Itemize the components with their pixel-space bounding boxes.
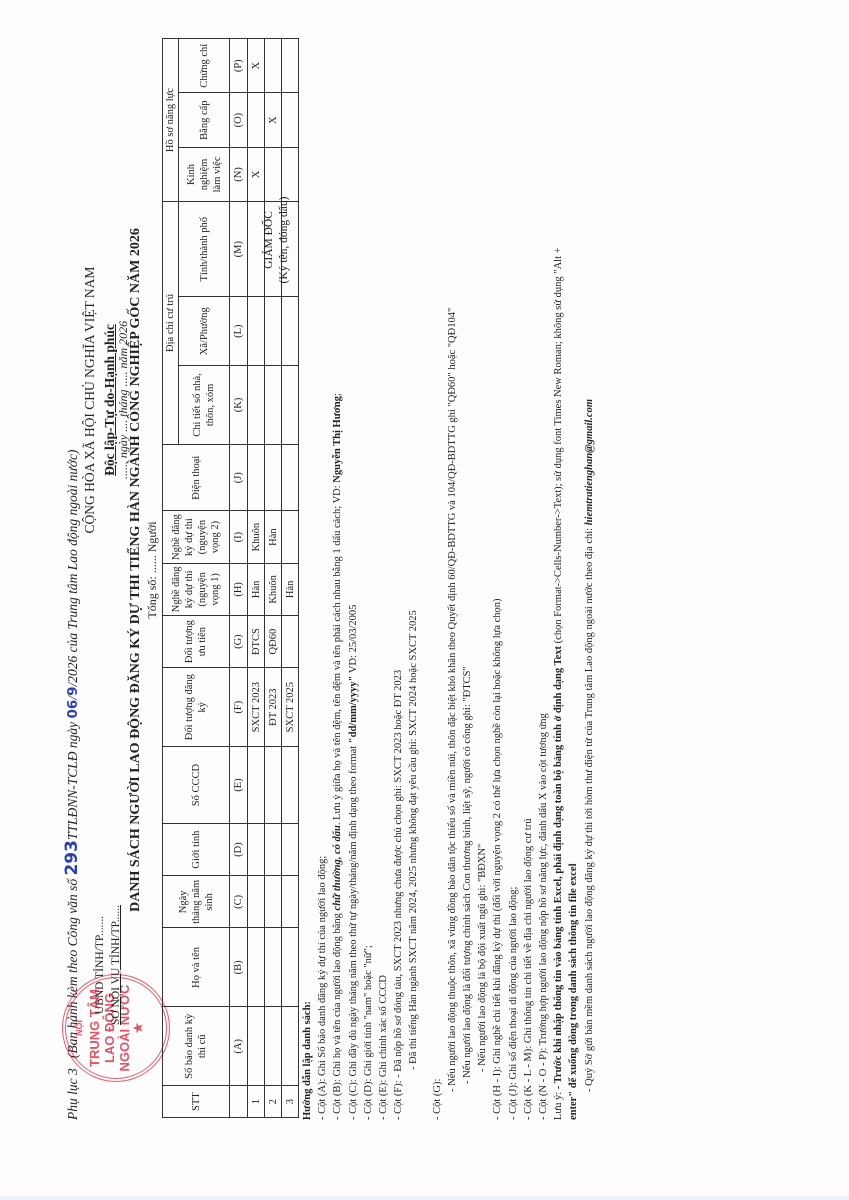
- col-header-j: Điện thoại: [163, 444, 230, 511]
- cell-stt[interactable]: 2: [265, 1086, 282, 1118]
- column-code: (O): [230, 93, 248, 147]
- col-header-o: Bằng cấp: [179, 93, 230, 147]
- column-code: (P): [230, 39, 248, 93]
- column-code: (C): [230, 876, 248, 928]
- cell-j[interactable]: [282, 444, 299, 511]
- instruction-col-f-1: - Cột (F): - Đã nộp hồ sơ đóng tàu, SXCT…: [391, 30, 406, 1120]
- cell-i[interactable]: Hàn: [265, 511, 282, 563]
- note-text: - Quý Sở gửi bản mềm danh sách người lao…: [584, 525, 595, 1092]
- col-header-n: Kinh nghiệm làm việc: [179, 147, 230, 201]
- instruction-col-nop: - Cột (N - O - P): Trường hợp người lao …: [536, 30, 551, 1120]
- instruction-col-e: - Cột (E): Ghi chính xác số CCCD: [376, 30, 391, 1120]
- cell-p[interactable]: [265, 39, 282, 93]
- cell-b[interactable]: [248, 928, 265, 1007]
- cell-a[interactable]: [282, 1007, 299, 1086]
- cell-e[interactable]: [248, 747, 265, 824]
- cell-a[interactable]: [265, 1007, 282, 1086]
- col-header-i: Nghề đăng ký dự thi (nguyện vọng 2): [163, 511, 230, 563]
- column-code: (I): [230, 511, 248, 563]
- total-count: Tổng số: ...... Người: [145, 120, 160, 1020]
- col-header-g: Đối tượng ưu tiên: [163, 615, 230, 667]
- header-row-1: STT Số báo danh kỳ thi cũ Họ và tên Ngày…: [163, 39, 179, 1118]
- instruction-col-d: - Cột (D): Ghi giới tính "nam" hoặc "nữ"…: [361, 30, 376, 1120]
- cell-stt[interactable]: 1: [248, 1086, 265, 1118]
- instruction-note-1: Lưu ý: - Trước khi nhập thông tin vào bả…: [551, 30, 566, 1120]
- column-code: (L): [230, 297, 248, 366]
- signature-note: (Ký tên, đóng dấu): [277, 140, 292, 340]
- column-code-row: (A)(B)(C)(D)(E)(F)(G)(H)(I)(J)(K)(L)(M)(…: [230, 39, 248, 1118]
- signature-role: GIÁM ĐỐC: [262, 140, 277, 340]
- column-code: (M): [230, 202, 248, 297]
- cell-p[interactable]: X: [248, 39, 265, 93]
- issuer-province: UBND TỈNH/TP.......: [92, 880, 108, 1050]
- col-header-e: Số CCCD: [163, 747, 230, 824]
- col-header-c: Ngày tháng năm sinh: [163, 876, 230, 928]
- col-header-a: Số báo danh kỳ thi cũ: [163, 1007, 230, 1086]
- column-code: (F): [230, 668, 248, 747]
- cell-f[interactable]: ĐT 2023: [265, 668, 282, 747]
- cell-c[interactable]: [282, 876, 299, 928]
- column-code: [230, 1086, 248, 1118]
- col-header-f: Đối tượng đăng ký: [163, 668, 230, 747]
- instruction-col-hi: - Cột (H - I): Ghi nghề chi tiết khi đăn…: [490, 30, 505, 1120]
- cell-j[interactable]: [265, 444, 282, 511]
- handwritten-month: 9: [65, 687, 81, 696]
- col-header-b: Họ và tên: [163, 928, 230, 1007]
- cell-k[interactable]: [282, 366, 299, 445]
- note-label: Lưu ý:: [553, 1092, 564, 1120]
- column-code: (J): [230, 444, 248, 511]
- document-title: DANH SÁCH NGƯỜI LAO ĐỘNG ĐĂNG KÝ DỰ THI …: [128, 120, 144, 1020]
- cell-h[interactable]: Hàn: [282, 563, 299, 615]
- appendix-text-mid: TTLĐNN-TCLĐ ngày: [65, 722, 80, 840]
- text: - Cột (C): Ghi đầy đủ ngày tháng năm the…: [348, 743, 359, 1120]
- instruction-col-g: - Cột (G):: [430, 30, 445, 1120]
- col-header-d: Giới tính: [163, 823, 230, 875]
- group-header-capability: Hồ sơ năng lực: [163, 39, 179, 202]
- cell-a[interactable]: [248, 1007, 265, 1086]
- instruction-col-j: - Cột (J): Ghi số điện thoại di động của…: [506, 30, 521, 1120]
- instruction-note-2: - Quý Sở gửi bản mềm danh sách người lao…: [582, 30, 597, 1120]
- cell-c[interactable]: [265, 876, 282, 928]
- cell-c[interactable]: [248, 876, 265, 928]
- text: ;: [332, 393, 343, 396]
- issuer-block: UBND TỈNH/TP....... SỞ NỘI VỤ TỈNH/TP...…: [92, 880, 124, 1050]
- date-format: "dd/mm/yyyy": [348, 676, 359, 744]
- issuer-department: SỞ NỘI VỤ TỈNH/TP......: [108, 880, 124, 1050]
- email-link[interactable]: hiemtratienghan@gmail.com: [584, 399, 595, 525]
- cell-d[interactable]: [265, 823, 282, 875]
- instruction-note-1-end: enter" để xuống dòng trong danh sách thô…: [566, 30, 581, 1120]
- scan-edge: [0, 1196, 849, 1200]
- stamp-top: NỘI: [72, 978, 87, 1078]
- cell-b[interactable]: [265, 928, 282, 1007]
- signature-block: GIÁM ĐỐC (Ký tên, đóng dấu): [262, 140, 292, 340]
- text: . Lưu ý giữa họ và tên đệm, tên đệm và t…: [332, 483, 343, 825]
- cell-f[interactable]: SXCT 2025: [282, 668, 299, 747]
- cell-i[interactable]: [282, 511, 299, 563]
- instructions-heading: Hướng dẫn lập danh sách:: [300, 30, 315, 1120]
- document-page: Phụ lục 3 (Ban hành kèm theo Công văn số…: [0, 0, 849, 1200]
- cell-e[interactable]: [282, 747, 299, 824]
- instruction-col-f-2: - Đã thi tiếng Hàn ngành SXCT năm 2024, …: [406, 30, 421, 1120]
- cell-d[interactable]: [282, 823, 299, 875]
- date-separator: /: [65, 696, 80, 700]
- col-header-h: Nghề đăng ký dự thi (nguyện vọng 1): [163, 563, 230, 615]
- cell-h[interactable]: Khuôn: [265, 563, 282, 615]
- column-code: (G): [230, 615, 248, 667]
- cell-i[interactable]: Khuôn: [248, 511, 265, 563]
- column-code: (B): [230, 928, 248, 1007]
- nation-name: CỘNG HÒA XÃ HỘI CHỦ NGHĨA VIỆT NAM: [80, 120, 100, 680]
- emphasis: chữ thường, có dấu: [332, 825, 343, 910]
- col-header-p: Chứng chỉ: [179, 39, 230, 93]
- instruction-col-klm: - Cột (K - L - M): Ghi thông tin chi tiế…: [521, 30, 536, 1120]
- cell-p[interactable]: [282, 39, 299, 93]
- example: Nguyễn Thị Hương: [332, 396, 343, 483]
- cell-stt[interactable]: 3: [282, 1086, 299, 1118]
- cell-f[interactable]: SXCT 2023: [248, 668, 265, 747]
- column-code: (D): [230, 823, 248, 875]
- cell-e[interactable]: [265, 747, 282, 824]
- note-text: (chọn Format->Cells-Number->Text); sử dụ…: [553, 247, 564, 646]
- instruction-col-b: - Cột (B): Ghi họ và tên của người lao đ…: [330, 30, 345, 1120]
- col-header-k: Chi tiết số nhà, thôn, xóm: [179, 366, 230, 445]
- cell-k[interactable]: [248, 366, 265, 445]
- instruction-col-c: - Cột (C): Ghi đầy đủ ngày tháng năm the…: [346, 30, 361, 1120]
- instruction-col-g-2: - Nếu người lao động là đối tượng chính …: [460, 30, 475, 1120]
- column-code: (K): [230, 366, 248, 445]
- handwritten-doc-number: 293: [62, 840, 82, 876]
- group-header-address: Địa chỉ cư trú: [163, 202, 179, 445]
- text: VD: 25/03/2005: [348, 605, 359, 676]
- text: - Cột (B): Ghi họ và tên của người lao đ…: [332, 910, 343, 1120]
- column-code: (N): [230, 147, 248, 201]
- cell-d[interactable]: [248, 823, 265, 875]
- column-code: (E): [230, 747, 248, 824]
- cell-g[interactable]: ĐTCS: [248, 615, 265, 667]
- column-code: (H): [230, 563, 248, 615]
- column-code: (A): [230, 1007, 248, 1086]
- note-bold: - Trước khi nhập thông tin vào bảng tính…: [553, 646, 564, 1092]
- handwritten-day: 06: [65, 700, 81, 719]
- instruction-col-g-1: - Nếu người lao động thuộc thôn, xã vùng…: [445, 30, 460, 1120]
- cell-g[interactable]: [282, 615, 299, 667]
- col-header-stt: STT: [163, 1086, 230, 1118]
- instructions: Hướng dẫn lập danh sách: - Cột (A): Ghi …: [300, 30, 597, 1120]
- cell-b[interactable]: [282, 928, 299, 1007]
- cell-g[interactable]: QĐ60: [265, 615, 282, 667]
- appendix-text-end: /2026 của Trung tâm Lao động ngoài nước): [65, 450, 80, 687]
- instruction-col-a: - Cột (A): Ghi Số báo danh đăng ký dự th…: [315, 30, 330, 1120]
- cell-k[interactable]: [265, 366, 282, 445]
- cell-j[interactable]: [248, 444, 265, 511]
- instruction-col-g-3: - Nếu người lao động là bộ đội xuất ngũ …: [475, 30, 490, 1120]
- cell-h[interactable]: Hàn: [248, 563, 265, 615]
- col-header-m: Tỉnh/thành phố: [179, 202, 230, 297]
- col-header-l: Xã/Phường: [179, 297, 230, 366]
